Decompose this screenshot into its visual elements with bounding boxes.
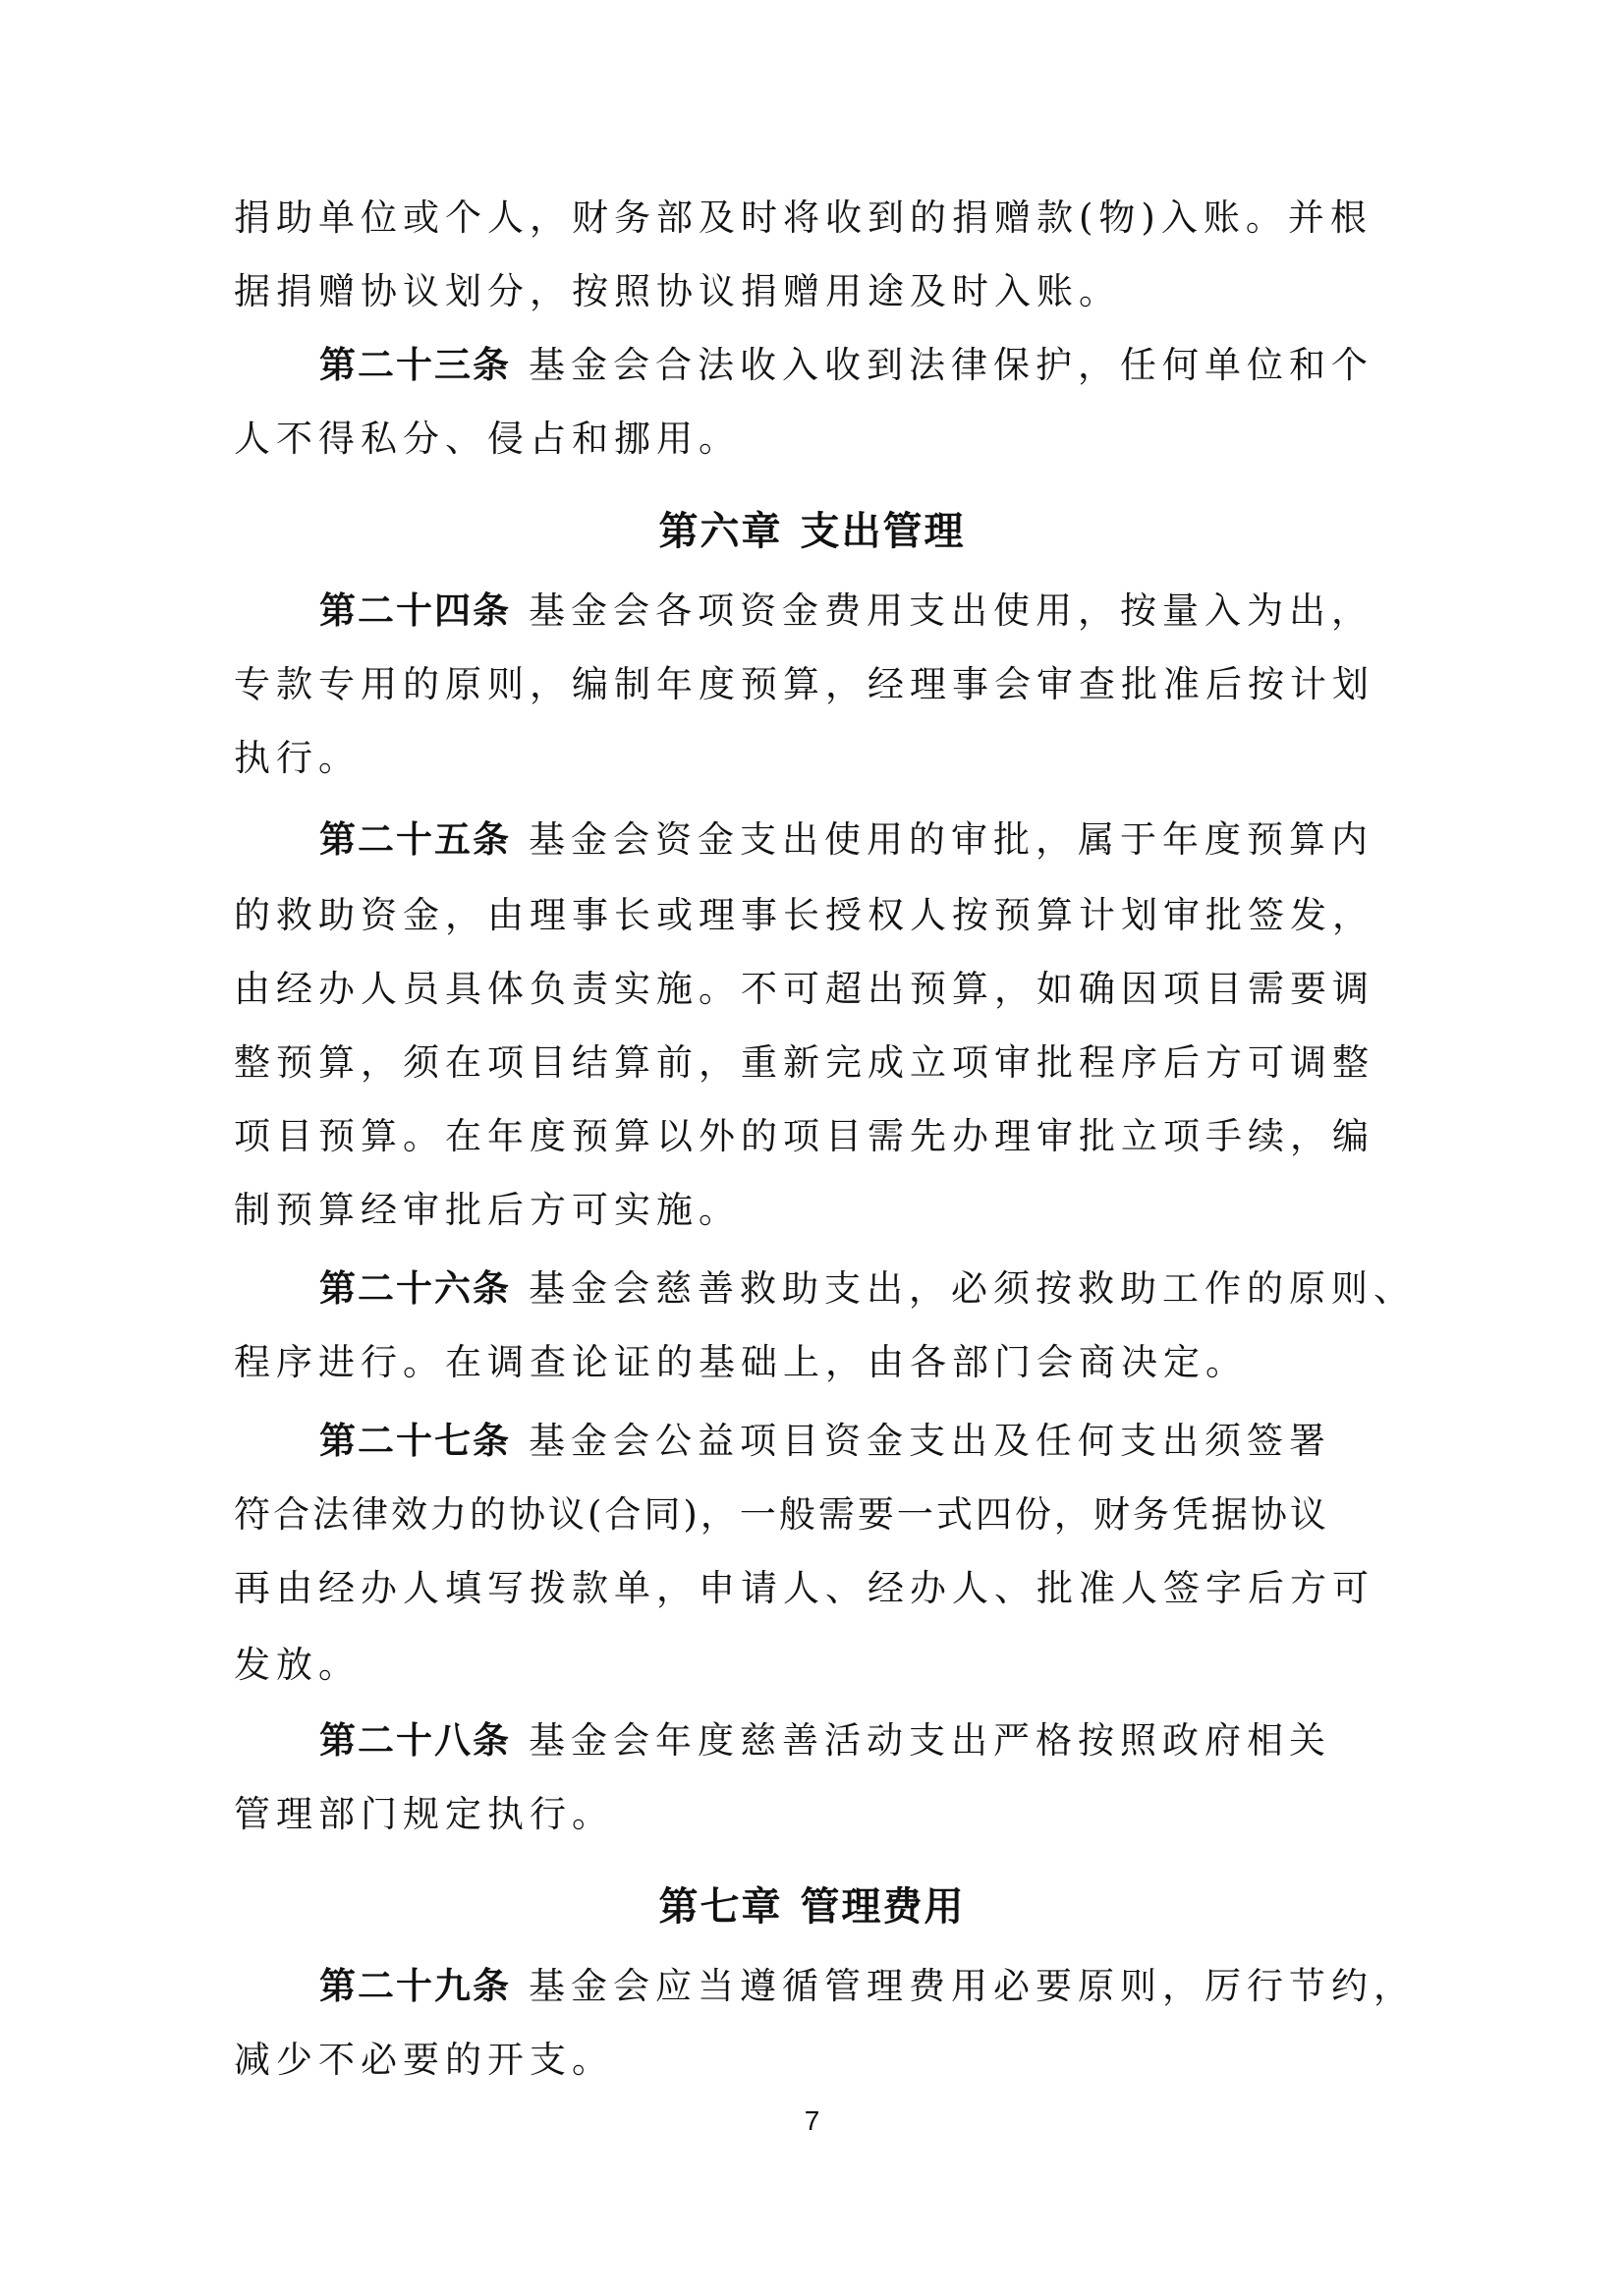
article-line: 项目预算。在年度预算以外的项目需先办理审批立项手续，编 [234,1115,1374,1158]
article-25: 第二十五条基金会资金支出使用的审批，属于年度预算内 [319,818,1373,862]
article-line: 符合法律效力的协议(合同)，一般需要一式四份，财务凭据协议 [234,1493,1329,1537]
article-line: 执行。 [234,737,361,780]
article-label: 第二十六条 [319,1267,511,1310]
article-24: 第二十四条基金会各项资金费用支出使用，按量入为出， [319,589,1373,633]
chapter-number: 第六章 [659,509,783,554]
article-text: 基金会合法收入收到法律保护，任何单位和个 [529,344,1373,386]
chapter-number: 第七章 [659,1884,783,1930]
article-line: 减少不必要的开支。 [234,2039,614,2082]
article-label: 第二十五条 [319,818,511,861]
article-line: 制预算经审批后方可实施。 [234,1189,741,1232]
chapter-heading-6: 第六章支出管理 [0,508,1624,555]
article-line: 专款专用的原则，编制年度预算，经理事会审查批准后按计划 [234,663,1374,706]
article-line: 程序进行。在调查论证的基础上，由各部门会商决定。 [234,1341,1248,1384]
article-text: 基金会资金支出使用的审批，属于年度预算内 [529,818,1373,861]
article-line: 再由经办人填写拨款单，申请人、经办人、批准人签字后方可 [234,1567,1374,1610]
article-line: 发放。 [234,1644,361,1687]
article-line: 的救助资金，由理事长或理事长授权人按预算计划审批签发， [234,894,1374,937]
article-label: 第二十三条 [319,344,511,386]
paragraph-line: 据捐赠协议划分，按照协议捐赠用途及时入账。 [234,270,1121,313]
page-number: 7 [0,2105,1624,2137]
article-text: 基金会公益项目资金支出及任何支出须签署 [529,1420,1331,1462]
article-text: 基金会应当遵循管理费用必要原则，厉行节约， [529,1965,1416,2007]
article-text: 基金会慈善救助支出，必须按救助工作的原则、 [529,1267,1416,1310]
article-label: 第二十九条 [319,1965,511,2007]
chapter-heading-7: 第七章管理费用 [0,1883,1624,1931]
paragraph-line: 捐助单位或个人，财务部及时将收到的捐赠款(物)入账。并根 [234,196,1372,240]
article-29: 第二十九条基金会应当遵循管理费用必要原则，厉行节约， [319,1965,1416,2008]
article-line: 整预算，须在项目结算前，重新完成立项审批程序后方可调整 [234,1041,1374,1085]
chapter-title: 支出管理 [801,509,966,554]
article-label: 第二十七条 [319,1420,511,1462]
article-text: 基金会年度慈善活动支出严格按照政府相关 [529,1719,1331,1762]
chapter-title: 管理费用 [801,1884,966,1930]
article-line: 由经办人员具体负责实施。不可超出预算，如确因项目需要调 [234,968,1374,1011]
article-23: 第二十三条基金会合法收入收到法律保护，任何单位和个 [319,344,1373,387]
article-label: 第二十八条 [319,1719,511,1762]
article-27: 第二十七条基金会公益项目资金支出及任何支出须签署 [319,1420,1331,1463]
article-28: 第二十八条基金会年度慈善活动支出严格按照政府相关 [319,1719,1331,1763]
article-text: 基金会各项资金费用支出使用，按量入为出， [529,589,1373,632]
article-line: 管理部门规定执行。 [234,1793,614,1836]
article-line: 人不得私分、侵占和挪用。 [234,418,741,461]
article-label: 第二十四条 [319,589,511,632]
article-26: 第二十六条基金会慈善救助支出，必须按救助工作的原则、 [319,1267,1416,1311]
